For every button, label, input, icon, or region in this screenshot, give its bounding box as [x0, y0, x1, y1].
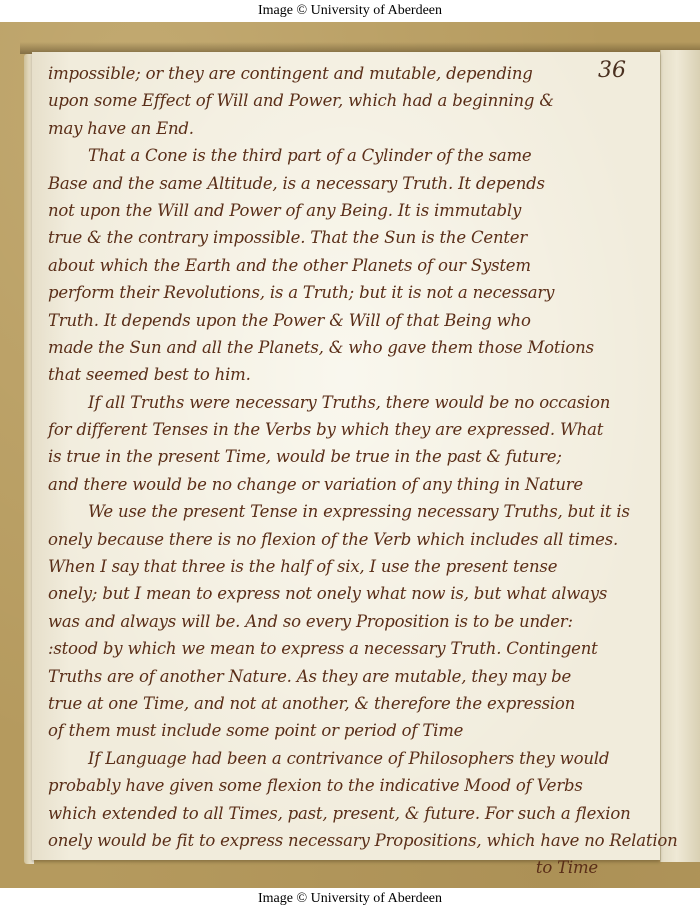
manuscript-line: to Time	[48, 854, 608, 881]
next-page-edge	[660, 50, 700, 862]
manuscript-scan: 36 impossible; or they are contingent an…	[0, 22, 700, 888]
manuscript-line: impossible; or they are contingent and m…	[48, 60, 608, 87]
manuscript-line: Base and the same Altitude, is a necessa…	[48, 170, 608, 197]
manuscript-line: onely would be fit to express necessary …	[48, 827, 608, 854]
manuscript-line: probably have given some flexion to the …	[48, 772, 608, 799]
manuscript-line: perform their Revolutions, is a Truth; b…	[48, 279, 608, 306]
manuscript-line: Truths are of another Nature. As they ar…	[48, 663, 608, 690]
manuscript-line: onely because there is no flexion of the…	[48, 526, 608, 553]
manuscript-line: That a Cone is the third part of a Cylin…	[48, 142, 608, 169]
image-credit-header: Image © University of Aberdeen	[0, 0, 700, 22]
manuscript-text: impossible; or they are contingent and m…	[48, 60, 608, 882]
manuscript-line: true at one Time, and not at another, & …	[48, 690, 608, 717]
manuscript-line: not upon the Will and Power of any Being…	[48, 197, 608, 224]
manuscript-line: :stood by which we mean to express a nec…	[48, 635, 608, 662]
manuscript-line: and there would be no change or variatio…	[48, 471, 608, 498]
manuscript-line: was and always will be. And so every Pro…	[48, 608, 608, 635]
manuscript-page: 36 impossible; or they are contingent an…	[32, 52, 660, 860]
manuscript-line: When I say that three is the half of six…	[48, 553, 608, 580]
manuscript-line: is true in the present Time, would be tr…	[48, 443, 608, 470]
manuscript-line: may have an End.	[48, 115, 608, 142]
image-credit-footer: Image © University of Aberdeen	[0, 888, 700, 910]
manuscript-line: onely; but I mean to express not onely w…	[48, 580, 608, 607]
manuscript-line: about which the Earth and the other Plan…	[48, 252, 608, 279]
manuscript-line: upon some Effect of Will and Power, whic…	[48, 87, 608, 114]
manuscript-line: for different Tenses in the Verbs by whi…	[48, 416, 608, 443]
manuscript-line: If all Truths were necessary Truths, the…	[48, 389, 608, 416]
manuscript-line: that seemed best to him.	[48, 361, 608, 388]
manuscript-line: of them must include some point or perio…	[48, 717, 608, 744]
manuscript-line: We use the present Tense in expressing n…	[48, 498, 608, 525]
manuscript-line: Truth. It depends upon the Power & Will …	[48, 307, 608, 334]
manuscript-line: made the Sun and all the Planets, & who …	[48, 334, 608, 361]
manuscript-line: which extended to all Times, past, prese…	[48, 800, 608, 827]
manuscript-line: If Language had been a contrivance of Ph…	[48, 745, 608, 772]
manuscript-line: true & the contrary impossible. That the…	[48, 224, 608, 251]
